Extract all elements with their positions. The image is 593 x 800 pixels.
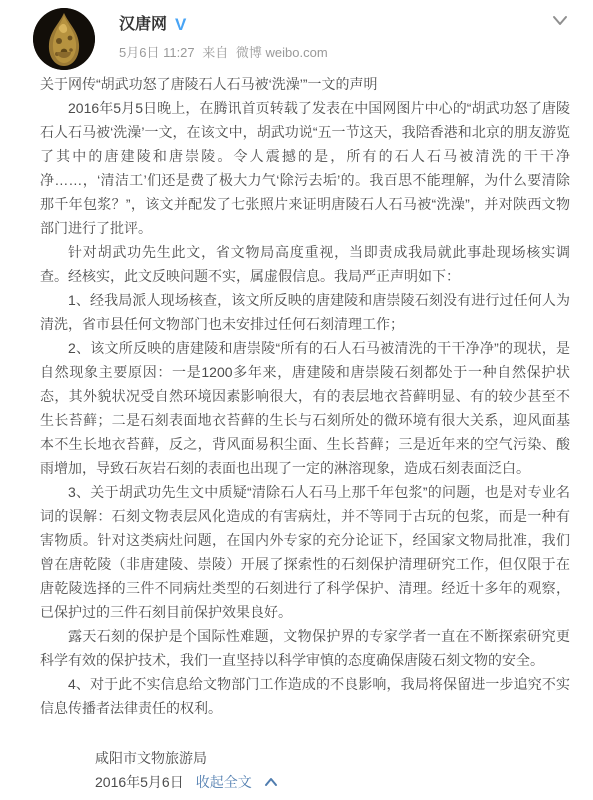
signature-date-row: 2016年5月6日 收起全文 <box>95 770 570 794</box>
chevron-up-icon <box>264 770 278 794</box>
paragraph-7: 4、对于此不实信息给文物部门工作造成的不良影响，我局将保留进一步追究不实信息传播… <box>40 672 570 720</box>
signature-date: 2016年5月6日 <box>95 770 184 794</box>
post-content: 关于网传“胡武功怒了唐陵石人石马被‘洗澡’”一文的声明 2016年5月5日晚上，… <box>0 70 593 800</box>
verified-v-icon: V <box>175 15 186 35</box>
paragraph-1: 2016年5月5日晚上，在腾讯首页转载了发表在中国网图片中心的“胡武功怒了唐陵石… <box>40 96 570 240</box>
collapse-link-label: 收起全文 <box>196 770 252 794</box>
post-menu-button[interactable] <box>551 14 569 28</box>
timestamp[interactable]: 5月6日 11:27 <box>119 45 195 60</box>
paragraph-2: 针对胡武功先生此文，省文物局高度重视，当即责成我局就此事赴现场核实调查。经核实，… <box>40 240 570 288</box>
paragraph-4: 2、该文所反映的唐建陵和唐崇陵“所有的石人石马被清洗的干干净净”的现状，是自然现… <box>40 336 570 480</box>
paragraph-3: 1、经我局派人现场核查，该文所反映的唐建陵和唐崇陵石刻没有进行过任何人为清洗，省… <box>40 288 570 336</box>
author-line: 汉唐网 V <box>119 15 332 35</box>
paragraph-6: 露天石刻的保护是个国际性难题，文物保护界的专家学者一直在不断探索研究更科学有效的… <box>40 624 570 672</box>
source-link[interactable]: 微博 weibo.com <box>236 45 328 60</box>
post-meta: 5月6日 11:27 来自 微博 weibo.com <box>119 42 332 61</box>
signature-block: 咸阳市文物旅游局 2016年5月6日 收起全文 <box>40 746 570 794</box>
weibo-post: 汉唐网 V 5月6日 11:27 来自 微博 weibo.com 关于网传“胡武… <box>0 0 593 800</box>
avatar[interactable] <box>33 8 95 70</box>
collapse-full-text-link[interactable]: 收起全文 <box>196 770 278 794</box>
gold-artifact-avatar-image <box>33 8 95 70</box>
post-title: 关于网传“胡武功怒了唐陵石人石马被‘洗澡’”一文的声明 <box>40 72 570 96</box>
header-info: 汉唐网 V 5月6日 11:27 来自 微博 weibo.com <box>119 8 332 61</box>
source-prefix: 来自 <box>202 45 228 60</box>
signature-org: 咸阳市文物旅游局 <box>95 746 570 770</box>
post-header: 汉唐网 V 5月6日 11:27 来自 微博 weibo.com <box>0 0 593 70</box>
paragraph-5: 3、关于胡武功先生文中质疑“清除石人石马上那千年包浆”的问题，也是对专业名词的误… <box>40 480 570 624</box>
author-name[interactable]: 汉唐网 <box>119 15 167 35</box>
chevron-down-icon <box>551 14 569 28</box>
